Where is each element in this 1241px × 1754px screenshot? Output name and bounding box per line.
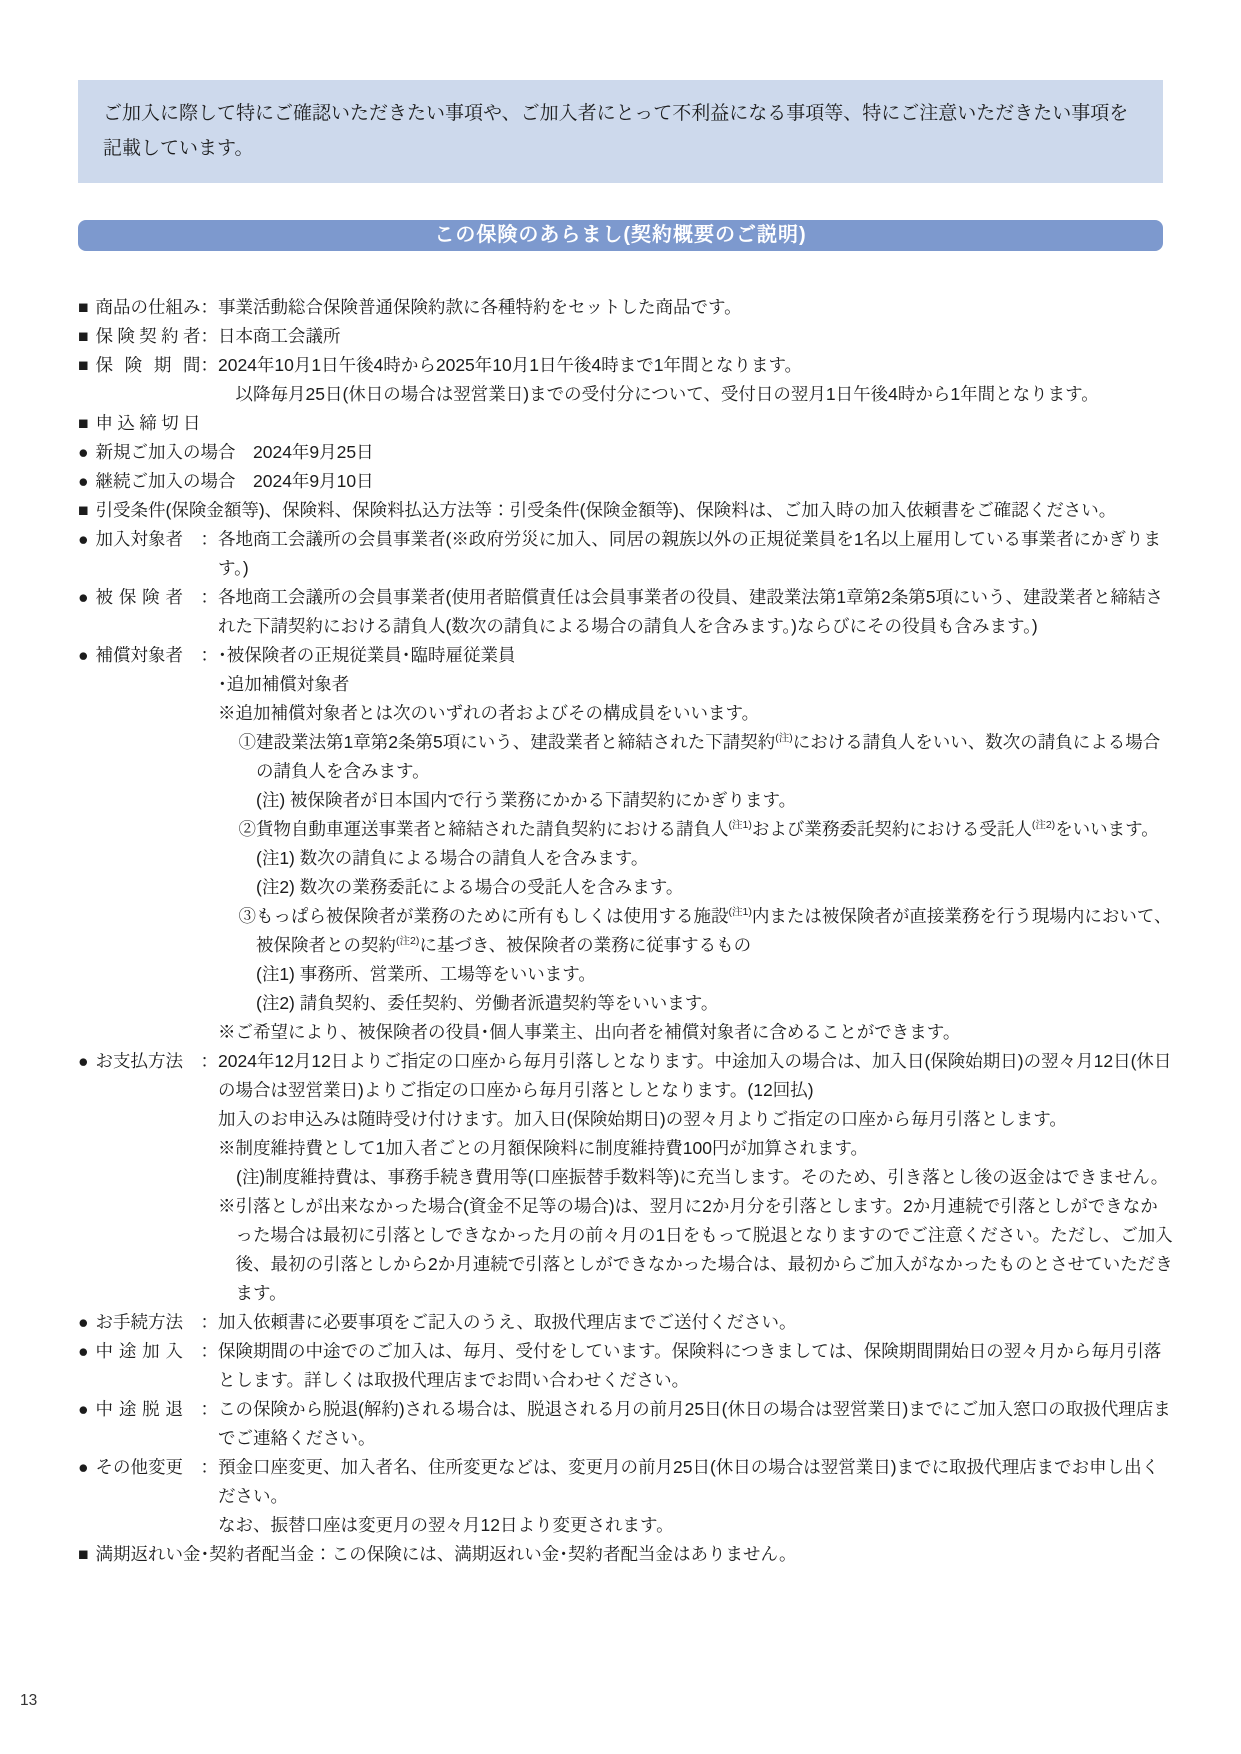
text-segment: ①建設業法第1章第2条第5項にいう、建設業者と締結された下請契約 xyxy=(239,732,776,752)
line-content: 新規ご加入の場合 2024年9月25日 xyxy=(96,438,1175,467)
text-segment: 加入依頼書に必要事項をご記入のうえ、取扱代理店までご送付ください。 xyxy=(218,1312,797,1332)
text-segment: 事業活動総合保険普通保険約款に各種特約をセットした商品です。 xyxy=(218,297,742,317)
line-text: 各地商工会議所の会員事業者(※政府労災に加入、同居の親族以外の正規従業員を1名以… xyxy=(218,525,1174,583)
marker-square: ■ xyxy=(78,496,96,525)
body-line: ●お支払方法：2024年12月12日よりご指定の口座から毎月引落しとなります。中… xyxy=(78,1047,1174,1308)
line-content: ･被保険者の正規従業員･臨時雇従業員･追加補償対象者※追加補償対象者とは次のいず… xyxy=(218,641,1174,1047)
document-page: ご加入に際して特にご確認いただきたい事項や、ご加入者にとって不利益になる事項等、… xyxy=(0,0,1241,1754)
text-segment: 日本商工会議所 xyxy=(218,326,341,346)
text-segment: 各地商工会議所の会員事業者(使用者賠償責任は会員事業者の役員、建設業法第1章第2… xyxy=(218,587,1163,636)
text-segment: ･被保険者の正規従業員･臨時雇従業員 xyxy=(218,645,516,665)
item-label: 商品の仕組み xyxy=(96,293,201,322)
line-text: (注2) 数次の業務委託による場合の受託人を含みます。 xyxy=(218,873,1174,902)
line-text: ※ご希望により、被保険者の役員･個人事業主、出向者を補償対象者に含めることができ… xyxy=(218,1018,1174,1047)
text-segment: ②貨物自動車運送事業者と締結された請負契約における請負人 xyxy=(239,819,729,839)
note-ref: (注1) xyxy=(729,819,752,831)
line-text: 引受条件(保険金額等)、保険料、保険料払込方法等：引受条件(保険金額等)、保険料… xyxy=(96,496,1175,525)
item-label: 保険契約者 xyxy=(96,322,201,351)
line-text: (注1) 数次の請負による場合の請負人を含みます。 xyxy=(218,844,1174,873)
text-segment: 継続ご加入の場合 2024年9月10日 xyxy=(96,471,374,491)
marker-circle: ● xyxy=(78,1395,96,1424)
line-content: 2024年12月12日よりご指定の口座から毎月引落しとなります。中途加入の場合は… xyxy=(218,1047,1174,1308)
marker-square: ■ xyxy=(78,1540,96,1569)
text-segment: この保険から脱退(解約)される場合は、脱退される月の前月25日(休日の場合は翌営… xyxy=(218,1399,1171,1448)
text-segment: (注1) 数次の請負による場合の請負人を含みます。 xyxy=(256,848,648,868)
line-content: 預金口座変更、加入者名、住所変更などは、変更月の前月25日(休日の場合は翌営業日… xyxy=(218,1453,1174,1540)
body-line: ●継続ご加入の場合 2024年9月10日 xyxy=(78,467,1174,496)
line-text: (注2) 請負契約、委任契約、労働者派遣契約等をいいます。 xyxy=(218,989,1174,1018)
text-segment: に基づき、被保険者の業務に従事するもの xyxy=(419,935,751,955)
line-text: (注) 被保険者が日本国内で行う業務にかかる下請契約にかぎります。 xyxy=(218,786,1174,815)
item-label: 加入対象者 xyxy=(96,525,184,554)
line-content: 引受条件(保険金額等)、保険料、保険料払込方法等：引受条件(保険金額等)、保険料… xyxy=(96,496,1175,525)
item-label: その他変更 xyxy=(96,1453,184,1482)
marker-circle: ● xyxy=(78,438,96,467)
text-segment: 満期返れい金･契約者配当金：この保険には、満期返れい金･契約者配当金はありません… xyxy=(96,1544,797,1564)
text-segment: 各地商工会議所の会員事業者(※政府労災に加入、同居の親族以外の正規従業員を1名以… xyxy=(218,529,1161,578)
line-text: 2024年10月1日午後4時から2025年10月1日午後4時まで1年間となります… xyxy=(218,351,1174,380)
body-line: ■保険期間：2024年10月1日午後4時から2025年10月1日午後4時まで1年… xyxy=(78,351,1174,409)
body-line: ●中途加入：保険期間の中途でのご加入は、毎月、受付をしています。保険料につきまし… xyxy=(78,1337,1174,1395)
line-text: なお、振替口座は変更月の翌々月12日より変更されます。 xyxy=(218,1511,1174,1540)
item-label: 中途脱退 xyxy=(96,1395,184,1424)
intro-note-text: ご加入に際して特にご確認いただきたい事項や、ご加入者にとって不利益になる事項等、… xyxy=(103,103,1128,159)
item-label: お支払方法 xyxy=(96,1047,184,1076)
line-content: 2024年10月1日午後4時から2025年10月1日午後4時まで1年間となります… xyxy=(218,351,1174,409)
line-content: 各地商工会議所の会員事業者(※政府労災に加入、同居の親族以外の正規従業員を1名以… xyxy=(218,525,1174,583)
line-text: 満期返れい金･契約者配当金：この保険には、満期返れい金･契約者配当金はありません… xyxy=(96,1540,1175,1569)
line-text: 保険期間の中途でのご加入は、毎月、受付をしています。保険料につきましては、保険期… xyxy=(218,1337,1174,1395)
line-text: 各地商工会議所の会員事業者(使用者賠償責任は会員事業者の役員、建設業法第1章第2… xyxy=(218,583,1174,641)
line-text: (注)制度維持費は、事務手続き費用等(口座振替手数料等)に充当します。そのため、… xyxy=(218,1163,1174,1192)
line-text: 継続ご加入の場合 2024年9月10日 xyxy=(96,467,1175,496)
body-line: ●その他変更：預金口座変更、加入者名、住所変更などは、変更月の前月25日(休日の… xyxy=(78,1453,1174,1540)
label-colon: ： xyxy=(201,1395,219,1424)
text-segment: ※追加補償対象者とは次のいずれの者およびその構成員をいいます。 xyxy=(218,703,759,723)
document-body: ■商品の仕組み：事業活動総合保険普通保険約款に各種特約をセットした商品です。■保… xyxy=(78,293,1174,1569)
line-text: ※追加補償対象者とは次のいずれの者およびその構成員をいいます。 xyxy=(218,699,1174,728)
label-colon: ： xyxy=(201,525,219,554)
label-colon: ： xyxy=(201,293,219,322)
marker-circle: ● xyxy=(78,641,96,670)
marker-square: ■ xyxy=(78,322,96,351)
label-colon: ： xyxy=(201,1337,219,1366)
text-segment: ※引落としが出来なかった場合(資金不足等の場合)は、翌月に2か月分を引落とします… xyxy=(218,1196,1173,1303)
line-text: ①建設業法第1章第2条第5項にいう、建設業者と締結された下請契約(注)における請… xyxy=(218,728,1174,786)
text-segment: をいいます。 xyxy=(1055,819,1159,839)
label-colon: ： xyxy=(201,1047,219,1076)
line-content: 日本商工会議所 xyxy=(218,322,1174,351)
line-text: 日本商工会議所 xyxy=(218,322,1174,351)
intro-note-box: ご加入に際して特にご確認いただきたい事項や、ご加入者にとって不利益になる事項等、… xyxy=(78,80,1163,183)
line-text: ･追加補償対象者 xyxy=(218,670,1174,699)
marker-circle: ● xyxy=(78,1308,96,1337)
text-segment: 引受条件(保険金額等)、保険料、保険料払込方法等：引受条件(保険金額等)、保険料… xyxy=(96,500,1117,520)
text-segment: (注2) 請負契約、委任契約、労働者派遣契約等をいいます。 xyxy=(256,993,718,1013)
body-line: ●補償対象者：･被保険者の正規従業員･臨時雇従業員･追加補償対象者※追加補償対象… xyxy=(78,641,1174,1047)
marker-circle: ● xyxy=(78,467,96,496)
line-text: 加入依頼書に必要事項をご記入のうえ、取扱代理店までご送付ください。 xyxy=(218,1308,1174,1337)
section-title-bar: この保険のあらまし(契約概要のご説明) xyxy=(78,220,1163,251)
line-content: 加入依頼書に必要事項をご記入のうえ、取扱代理店までご送付ください。 xyxy=(218,1308,1174,1337)
label-colon: ： xyxy=(201,322,219,351)
text-segment: ③もっぱら被保険者が業務のために所有もしくは使用する施設 xyxy=(239,906,729,926)
label-colon: ： xyxy=(201,641,219,670)
line-content: この保険から脱退(解約)される場合は、脱退される月の前月25日(休日の場合は翌営… xyxy=(218,1395,1174,1453)
line-text: ※引落としが出来なかった場合(資金不足等の場合)は、翌月に2か月分を引落とします… xyxy=(218,1192,1174,1308)
line-text: ※制度維持費として1加入者ごとの月額保険料に制度維持費100円が加算されます。 xyxy=(218,1134,1174,1163)
line-text: 加入のお申込みは随時受け付けます。加入日(保険始期日)の翌々月よりご指定の口座か… xyxy=(218,1105,1174,1134)
body-line: ●被保険者：各地商工会議所の会員事業者(使用者賠償責任は会員事業者の役員、建設業… xyxy=(78,583,1174,641)
text-segment: なお、振替口座は変更月の翌々月12日より変更されます。 xyxy=(218,1515,674,1535)
text-segment: (注) 被保険者が日本国内で行う業務にかかる下請契約にかぎります。 xyxy=(256,790,796,810)
body-line: ■引受条件(保険金額等)、保険料、保険料払込方法等：引受条件(保険金額等)、保険… xyxy=(78,496,1174,525)
text-segment: ※制度維持費として1加入者ごとの月額保険料に制度維持費100円が加算されます。 xyxy=(218,1138,868,1158)
text-segment: 預金口座変更、加入者名、住所変更などは、変更月の前月25日(休日の場合は翌営業日… xyxy=(218,1457,1159,1506)
line-content: 保険期間の中途でのご加入は、毎月、受付をしています。保険料につきましては、保険期… xyxy=(218,1337,1174,1395)
line-text: 預金口座変更、加入者名、住所変更などは、変更月の前月25日(休日の場合は翌営業日… xyxy=(218,1453,1174,1511)
note-ref: (注2) xyxy=(396,935,419,947)
text-segment: および業務委託契約における受託人 xyxy=(752,819,1032,839)
body-line: ■満期返れい金･契約者配当金：この保険には、満期返れい金･契約者配当金はありませ… xyxy=(78,1540,1174,1569)
text-segment: 2024年12月12日よりご指定の口座から毎月引落しとなります。中途加入の場合は… xyxy=(218,1051,1171,1100)
text-segment: ※ご希望により、被保険者の役員･個人事業主、出向者を補償対象者に含めることができ… xyxy=(218,1022,960,1042)
text-segment: 新規ご加入の場合 2024年9月25日 xyxy=(96,442,374,462)
line-text: 事業活動総合保険普通保険約款に各種特約をセットした商品です。 xyxy=(218,293,1174,322)
item-label: 被保険者 xyxy=(96,583,184,612)
line-text: 新規ご加入の場合 2024年9月25日 xyxy=(96,438,1175,467)
text-segment: 2024年10月1日午後4時から2025年10月1日午後4時まで1年間となります… xyxy=(218,355,802,375)
line-content: 満期返れい金･契約者配当金：この保険には、満期返れい金･契約者配当金はありません… xyxy=(96,1540,1175,1569)
body-line: ●新規ご加入の場合 2024年9月25日 xyxy=(78,438,1174,467)
line-text: 2024年12月12日よりご指定の口座から毎月引落しとなります。中途加入の場合は… xyxy=(218,1047,1174,1105)
note-ref: (注1) xyxy=(729,906,752,918)
line-text: 以降毎月25日(休日の場合は翌営業日)までの受付分について、受付日の翌月1日午後… xyxy=(218,380,1174,409)
text-segment: (注)制度維持費は、事務手続き費用等(口座振替手数料等)に充当します。そのため、… xyxy=(236,1167,1168,1187)
label-colon: ： xyxy=(201,1308,219,1337)
item-label: 保険期間 xyxy=(96,351,201,380)
text-segment: 保険期間の中途でのご加入は、毎月、受付をしています。保険料につきましては、保険期… xyxy=(218,1341,1161,1390)
line-content: 事業活動総合保険普通保険約款に各種特約をセットした商品です。 xyxy=(218,293,1174,322)
text-segment: 以降毎月25日(休日の場合は翌営業日)までの受付分について、受付日の翌月1日午後… xyxy=(236,384,1099,404)
item-label: 補償対象者 xyxy=(96,641,184,670)
line-text: この保険から脱退(解約)される場合は、脱退される月の前月25日(休日の場合は翌営… xyxy=(218,1395,1174,1453)
marker-square: ■ xyxy=(78,293,96,322)
text-segment: 加入のお申込みは随時受け付けます。加入日(保険始期日)の翌々月よりご指定の口座か… xyxy=(218,1109,1067,1129)
text-segment: ･追加補償対象者 xyxy=(218,674,349,694)
page-number: 13 xyxy=(20,1692,37,1710)
line-content: 継続ご加入の場合 2024年9月10日 xyxy=(96,467,1175,496)
marker-square: ■ xyxy=(78,409,96,438)
marker-circle: ● xyxy=(78,1337,96,1366)
body-line: ●お手続方法：加入依頼書に必要事項をご記入のうえ、取扱代理店までご送付ください。 xyxy=(78,1308,1174,1337)
line-text: ③もっぱら被保険者が業務のために所有もしくは使用する施設(注1)内または被保険者… xyxy=(218,902,1174,960)
marker-circle: ● xyxy=(78,583,96,612)
marker-circle: ● xyxy=(78,525,96,554)
body-line: ●中途脱退：この保険から脱退(解約)される場合は、脱退される月の前月25日(休日… xyxy=(78,1395,1174,1453)
label-colon: ： xyxy=(201,1453,219,1482)
note-ref: (注) xyxy=(775,732,793,744)
note-ref: (注2) xyxy=(1032,819,1055,831)
line-content: 各地商工会議所の会員事業者(使用者賠償責任は会員事業者の役員、建設業法第1章第2… xyxy=(218,583,1174,641)
line-text: ･被保険者の正規従業員･臨時雇従業員 xyxy=(218,641,1174,670)
marker-square: ■ xyxy=(78,351,96,380)
body-line: ■商品の仕組み：事業活動総合保険普通保険約款に各種特約をセットした商品です。 xyxy=(78,293,1174,322)
line-text: (注1) 事務所、営業所、工場等をいいます。 xyxy=(218,960,1174,989)
item-label: 中途加入 xyxy=(96,1337,184,1366)
section-title: この保険のあらまし(契約概要のご説明) xyxy=(434,224,806,246)
marker-circle: ● xyxy=(78,1453,96,1482)
text-segment: (注2) 数次の業務委託による場合の受託人を含みます。 xyxy=(256,877,683,897)
body-line: ■申込締切日 xyxy=(78,409,1174,438)
item-label: 申込締切日 xyxy=(96,409,201,438)
body-line: ●加入対象者：各地商工会議所の会員事業者(※政府労災に加入、同居の親族以外の正規… xyxy=(78,525,1174,583)
text-segment: (注1) 事務所、営業所、工場等をいいます。 xyxy=(256,964,596,984)
label-colon: ： xyxy=(201,583,219,612)
label-colon: ： xyxy=(201,351,219,380)
marker-circle: ● xyxy=(78,1047,96,1076)
line-text: ②貨物自動車運送事業者と締結された請負契約における請負人(注1)および業務委託契… xyxy=(218,815,1174,844)
item-label: お手続方法 xyxy=(96,1308,184,1337)
body-line: ■保険契約者：日本商工会議所 xyxy=(78,322,1174,351)
